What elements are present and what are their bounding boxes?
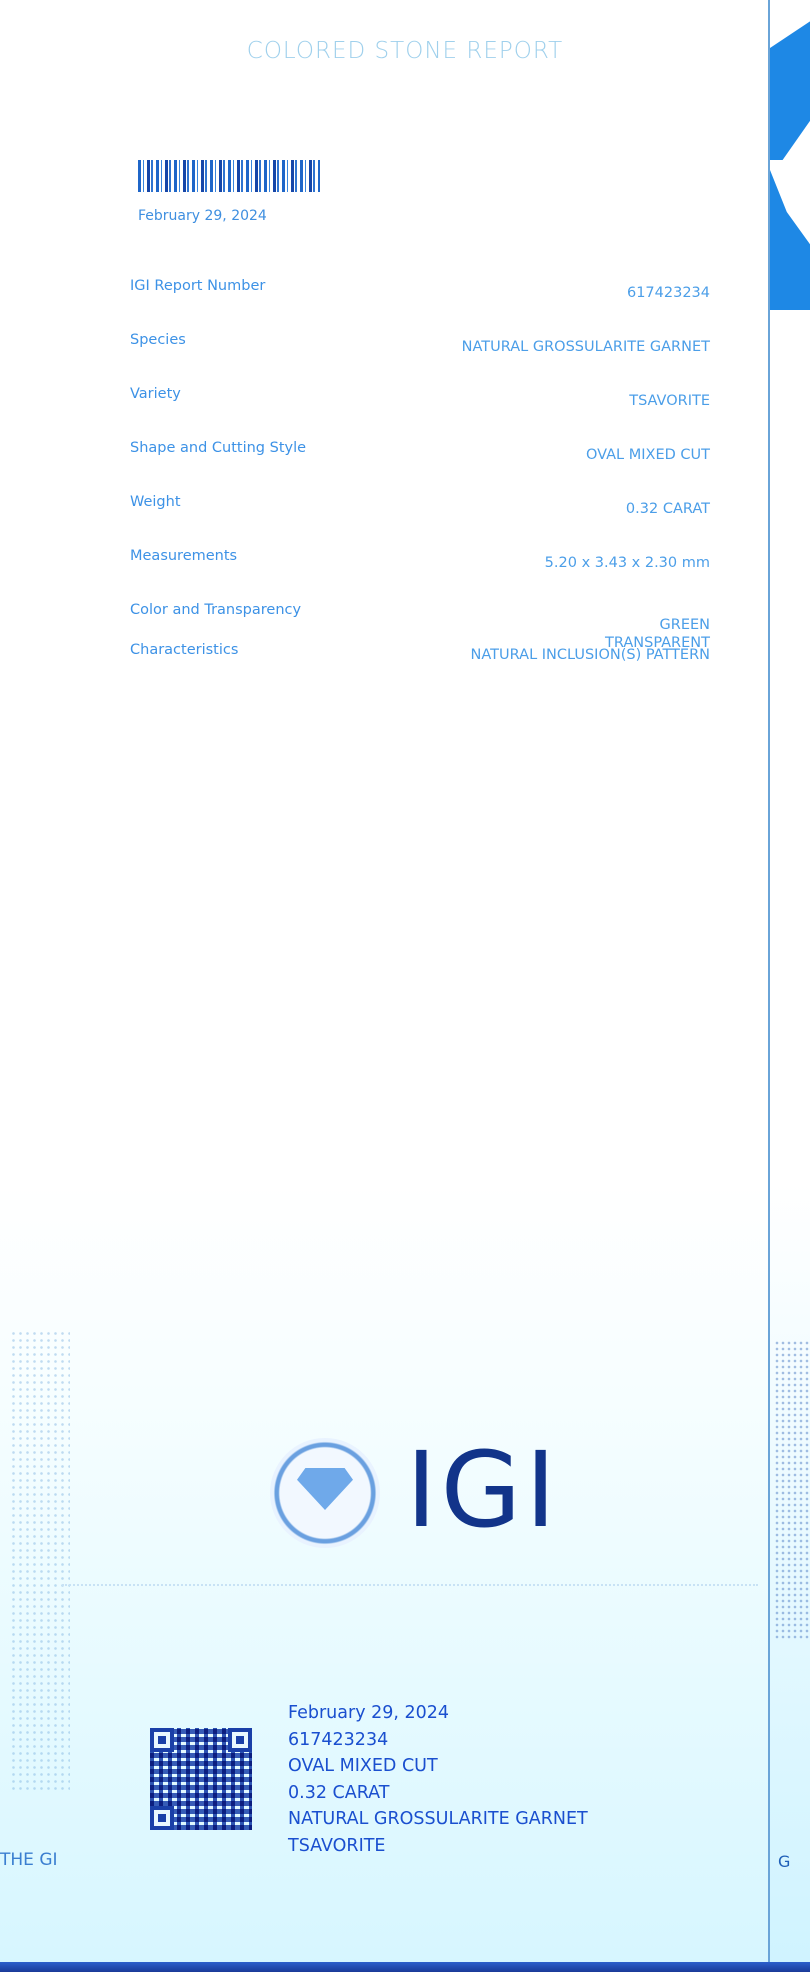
field-weight: Weight 0.32 CARAT — [130, 486, 710, 540]
chevron-decoration-icon — [770, 170, 810, 310]
field-value: NATURAL INCLUSION(S) PATTERN — [471, 646, 710, 664]
field-value: OVAL MIXED CUT — [586, 446, 710, 464]
field-label: Characteristics — [130, 642, 238, 658]
igi-logo: IGI — [406, 1430, 560, 1550]
field-value: 617423234 — [627, 284, 710, 302]
edge-text-right: G — [778, 1852, 790, 1871]
qr-finder-icon — [228, 1728, 252, 1752]
background-dot-pattern — [774, 1340, 810, 1640]
field-label: Weight — [130, 494, 181, 510]
field-characteristics: Characteristics NATURAL INCLUSION(S) PAT… — [130, 634, 710, 688]
summary-shape: OVAL MIXED CUT — [288, 1753, 588, 1780]
chevron-decoration-icon — [770, 20, 810, 160]
field-value: 5.20 x 3.43 x 2.30 mm — [545, 554, 710, 572]
field-variety: Variety TSAVORITE — [130, 378, 710, 432]
field-species: Species NATURAL GROSSULARITE GARNET — [130, 324, 710, 378]
igi-seal-icon — [270, 1438, 380, 1548]
perforation-divider — [62, 1584, 758, 1586]
edge-text-left: THE GI — [0, 1850, 58, 1870]
field-label: Shape and Cutting Style — [130, 440, 306, 456]
barcode-icon — [138, 160, 320, 192]
report-fields: IGI Report Number 617423234 Species NATU… — [130, 270, 710, 688]
summary-date: February 29, 2024 — [288, 1700, 588, 1727]
report-title: COLORED STONE REPORT — [0, 38, 810, 64]
summary-weight: 0.32 CARAT — [288, 1780, 588, 1807]
field-label: Variety — [130, 386, 181, 402]
field-report-number: IGI Report Number 617423234 — [130, 270, 710, 324]
diamond-icon — [297, 1468, 353, 1510]
summary-variety: TSAVORITE — [288, 1833, 588, 1860]
field-label: Color and Transparency — [130, 602, 301, 618]
summary-species: NATURAL GROSSULARITE GARNET — [288, 1806, 588, 1833]
field-value: 0.32 CARAT — [626, 500, 710, 518]
report-date: February 29, 2024 — [138, 208, 267, 224]
field-shape-cut: Shape and Cutting Style OVAL MIXED CUT — [130, 432, 710, 486]
field-value: NATURAL GROSSULARITE GARNET — [462, 338, 710, 356]
field-label: IGI Report Number — [130, 278, 265, 294]
field-label: Species — [130, 332, 186, 348]
bottom-edge-bar — [0, 1962, 810, 1972]
report-card: COLORED STONE REPORT February 29, 2024 I… — [0, 0, 770, 1972]
summary-block: February 29, 2024 617423234 OVAL MIXED C… — [288, 1700, 588, 1859]
adjacent-page-edge: G — [768, 0, 810, 1972]
background-dot-pattern — [10, 1330, 70, 1790]
field-value: TSAVORITE — [629, 392, 710, 410]
field-measurements: Measurements 5.20 x 3.43 x 2.30 mm — [130, 540, 710, 594]
field-label: Measurements — [130, 548, 237, 564]
qr-finder-icon — [150, 1728, 174, 1752]
summary-report-number: 617423234 — [288, 1727, 588, 1754]
qr-finder-icon — [150, 1806, 174, 1830]
qr-code-icon[interactable] — [150, 1728, 252, 1830]
